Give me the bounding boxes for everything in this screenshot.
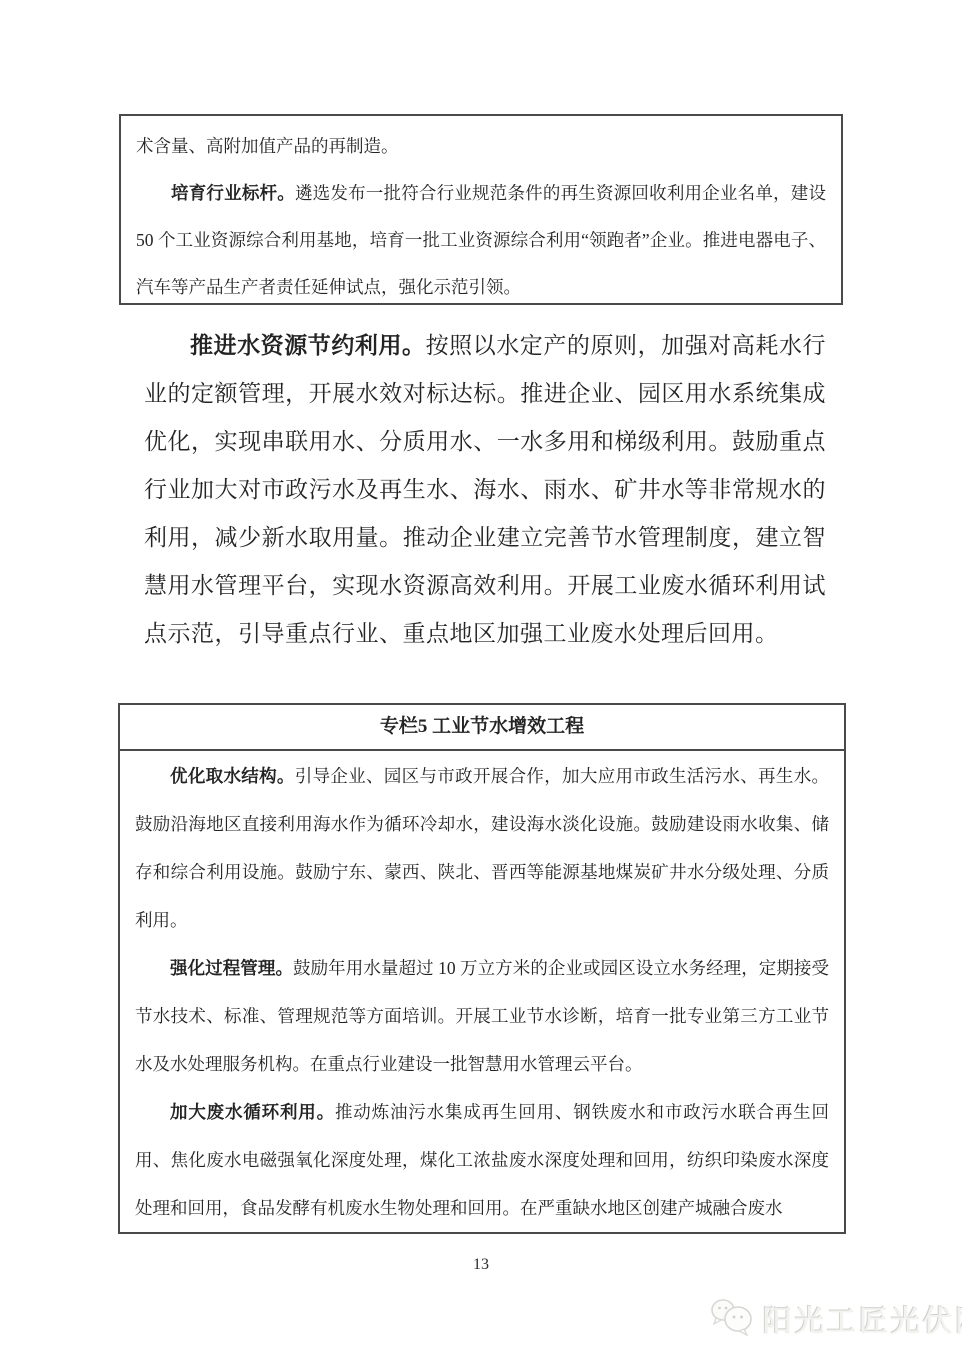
- page-number: 13: [0, 1256, 962, 1274]
- column-paragraph-lead: 优化取水结构。: [170, 766, 295, 786]
- column-box-body: 优化取水结构。引导企业、园区与市政开展合作，加大应用市政生活污水、再生水。鼓励沿…: [120, 751, 844, 1232]
- column-paragraph: 加大废水循环利用。推动炼油污水集成再生回用、钢铁废水和市政污水联合再生回用、焦化…: [135, 1088, 829, 1232]
- column-box: 专栏5 工业节水增效工程 优化取水结构。引导企业、园区与市政开展合作，加大应用市…: [118, 703, 846, 1234]
- main-paragraph-lead: 推进水资源节约利用。: [190, 333, 426, 358]
- column-box-title: 专栏5 工业节水增效工程: [120, 705, 844, 751]
- continuation-line: 术含量、高附加值产品的再制造。: [136, 123, 826, 170]
- chat-bubbles-logo-icon: [710, 1296, 756, 1343]
- column-paragraph: 强化过程管理。鼓励年用水量超过 10 万立方米的企业或园区设立水务经理，定期接受…: [135, 944, 829, 1088]
- watermark: 阳光工匠光伏网: [710, 1296, 962, 1343]
- column-paragraph-lead: 加大废水循环利用。: [170, 1102, 335, 1122]
- box1-paragraph: 培育行业标杆。遴选发布一批符合行业规范条件的再生资源回收利用企业名单，建设 50…: [136, 170, 826, 305]
- document-page: 术含量、高附加值产品的再制造。 培育行业标杆。遴选发布一批符合行业规范条件的再生…: [0, 0, 962, 1360]
- column-paragraph-lead: 强化过程管理。: [170, 958, 293, 978]
- column-paragraph-text: 引导企业、园区与市政开展合作，加大应用市政生活污水、再生水。鼓励沿海地区直接利用…: [135, 766, 829, 930]
- continuation-box: 术含量、高附加值产品的再制造。 培育行业标杆。遴选发布一批符合行业规范条件的再生…: [119, 114, 843, 305]
- box1-paragraph-lead: 培育行业标杆。: [171, 183, 295, 203]
- main-paragraph: 推进水资源节约利用。按照以水定产的原则，加强对高耗水行业的定额管理，开展水效对标…: [144, 322, 826, 658]
- main-paragraph-text: 按照以水定产的原则，加强对高耗水行业的定额管理，开展水效对标达标。推进企业、园区…: [144, 333, 826, 646]
- column-paragraph: 优化取水结构。引导企业、园区与市政开展合作，加大应用市政生活污水、再生水。鼓励沿…: [135, 752, 829, 944]
- watermark-text: 阳光工匠光伏网: [763, 1299, 962, 1340]
